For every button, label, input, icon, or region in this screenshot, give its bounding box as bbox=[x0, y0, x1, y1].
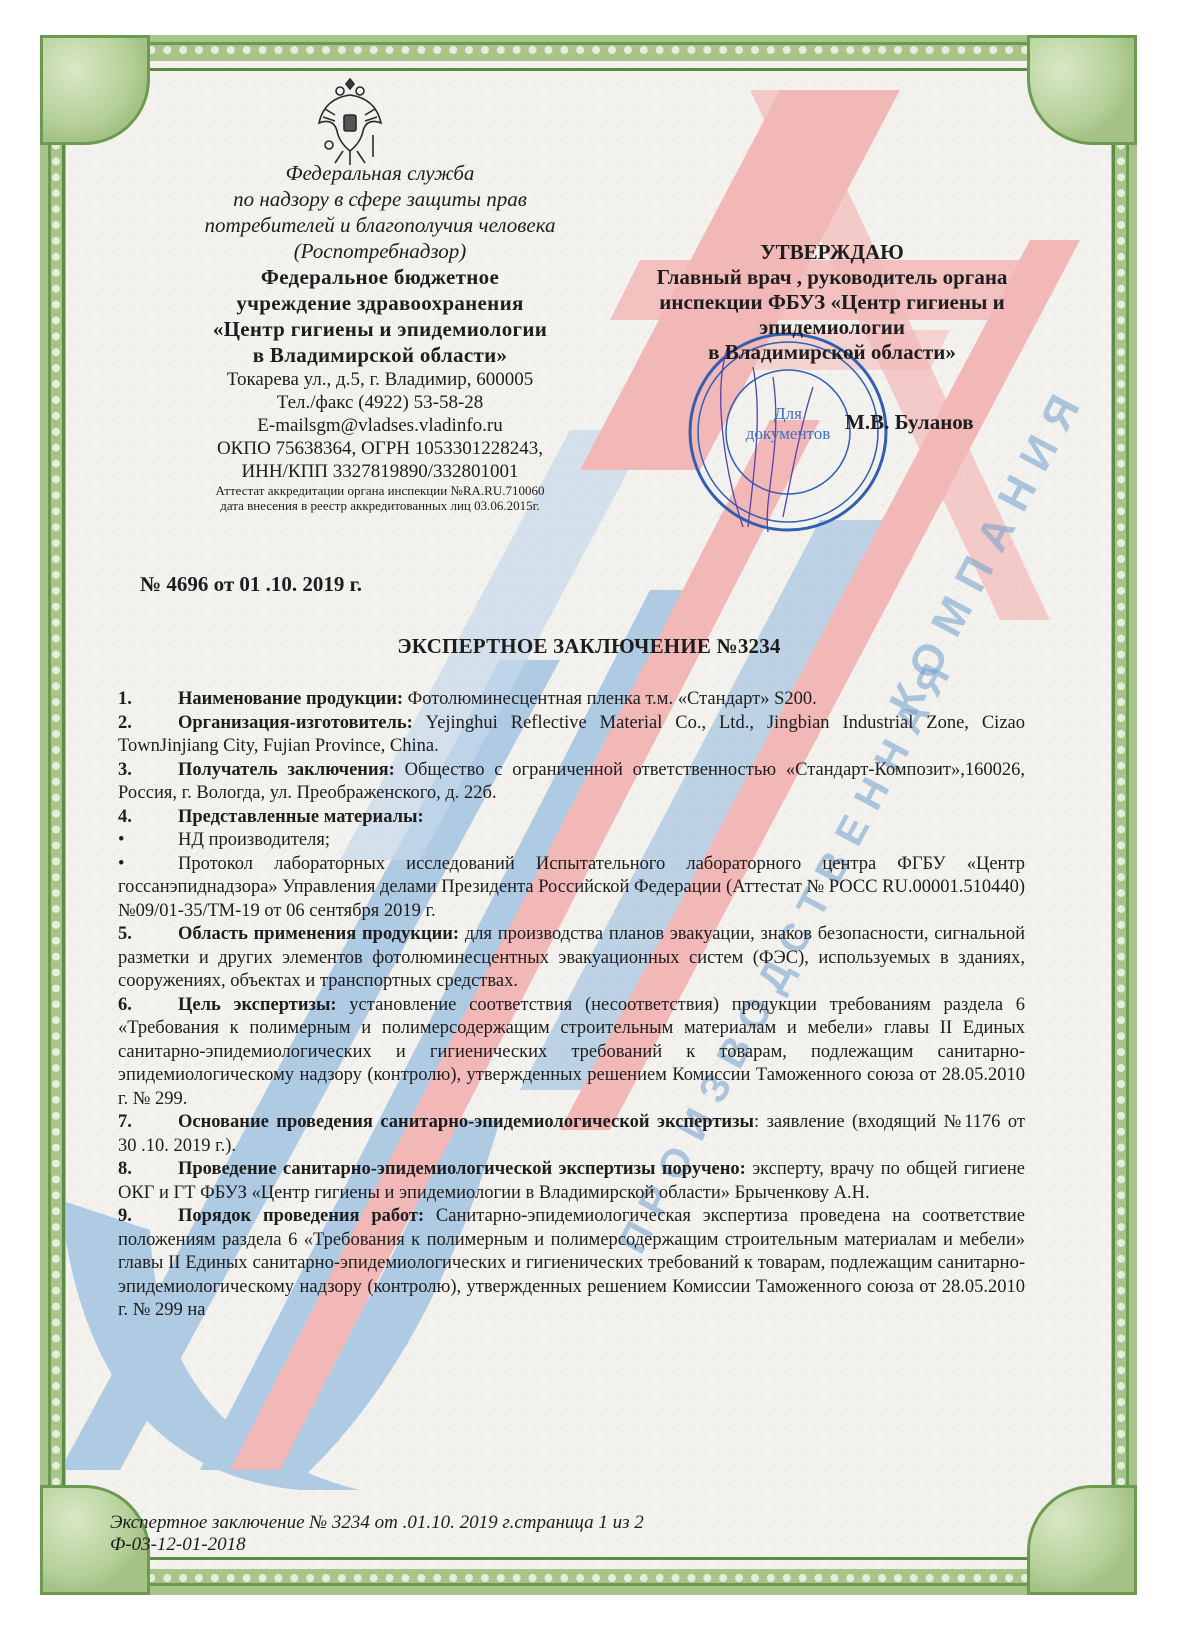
phone: Тел./факс (4922) 53-58-28 bbox=[160, 391, 600, 414]
section-item: 6.Цель экспертизы: установление соответс… bbox=[118, 994, 1025, 1112]
section-label: Основание проведения санитарно-эпидемиол… bbox=[178, 1112, 754, 1132]
section-label: Представленные материалы: bbox=[178, 807, 424, 827]
approval-heading: УТВЕРЖДАЮ bbox=[612, 240, 1052, 265]
institution-line: Федеральное бюджетное bbox=[160, 264, 600, 290]
approval-line: Главный врач , руководитель органа bbox=[612, 265, 1052, 290]
section-number: 3. bbox=[118, 759, 178, 783]
stamp-text: Для bbox=[774, 404, 802, 423]
section-label: Цель экспертизы: bbox=[178, 995, 337, 1015]
authority-line: по надзору в сфере защиты прав bbox=[160, 186, 600, 212]
email-prefix: E-mail bbox=[257, 415, 309, 436]
email-line: E-mailsgm@vladses.vladinfo.ru bbox=[160, 414, 600, 437]
section-label: Порядок проведения работ: bbox=[178, 1206, 424, 1226]
section-item: 2.Организация-изготовитель: Yejinghui Re… bbox=[118, 712, 1025, 759]
bullet-icon: • bbox=[118, 853, 178, 877]
section-number: 9. bbox=[118, 1205, 178, 1229]
page-footer: Экспертное заключение № 3234 от .01.10. … bbox=[110, 1512, 644, 1556]
section-number: 8. bbox=[118, 1158, 178, 1182]
section-text: Фотолюминесцентная пленка т.м. «Стандарт… bbox=[403, 689, 817, 709]
footer-page-info: Экспертное заключение № 3234 от .01.10. … bbox=[110, 1512, 644, 1534]
section-item: 3.Получатель заключения: Общество с огра… bbox=[118, 759, 1025, 806]
section-number: 5. bbox=[118, 923, 178, 947]
section-item: 1.Наименование продукции: Фотолюминесцен… bbox=[118, 688, 1025, 712]
signer-name: М.В. Буланов bbox=[845, 410, 974, 435]
material-text: Протокол лабораторных исследований Испыт… bbox=[118, 854, 1025, 921]
authority-line: (Роспотребнадзор) bbox=[160, 238, 600, 264]
section-number: 2. bbox=[118, 712, 178, 736]
institution-line: «Центр гигиены и эпидемиологии bbox=[160, 316, 600, 342]
authority-line: потребителей и благополучия человека bbox=[160, 212, 600, 238]
email-link[interactable]: sgm@vladses.vladinfo.ru bbox=[309, 415, 503, 436]
section-label: Проведение санитарно-эпидемиологической … bbox=[178, 1159, 746, 1179]
section-item: 8.Проведение санитарно-эпидемиологическо… bbox=[118, 1158, 1025, 1205]
bullet-icon: • bbox=[118, 829, 178, 853]
section-label: Получатель заключения: bbox=[178, 760, 395, 780]
material-list-item: •Протокол лабораторных исследований Испы… bbox=[118, 853, 1025, 924]
section-item: 7.Основание проведения санитарно-эпидеми… bbox=[118, 1111, 1025, 1158]
section-item: 5.Область применения продукции: для прои… bbox=[118, 923, 1025, 994]
stamp-text: документов bbox=[746, 424, 831, 443]
section-number: 6. bbox=[118, 994, 178, 1018]
approval-line: эпидемиологии bbox=[612, 315, 1052, 340]
institution-line: учреждение здравоохранения bbox=[160, 290, 600, 316]
section-item: 4.Представленные материалы: bbox=[118, 806, 1025, 830]
section-number: 1. bbox=[118, 688, 178, 712]
document-title: ЭКСПЕРТНОЕ ЗАКЛЮЧЕНИЕ №3234 bbox=[0, 634, 1178, 659]
section-number: 4. bbox=[118, 806, 178, 830]
authority-line: Федеральная служба bbox=[160, 160, 600, 186]
inn-kpp: ИНН/КПП 3327819890/332801001 bbox=[160, 460, 600, 483]
material-text: НД производителя; bbox=[178, 830, 330, 850]
approval-block: УТВЕРЖДАЮ Главный врач , руководитель ор… bbox=[612, 240, 1052, 365]
material-list-item: •НД производителя; bbox=[118, 829, 1025, 853]
section-label: Область применения продукции: bbox=[178, 924, 459, 944]
section-label: Организация-изготовитель: bbox=[178, 713, 413, 733]
section-label: Наименование продукции: bbox=[178, 689, 403, 709]
institution-line: в Владимирской области» bbox=[160, 342, 600, 368]
conclusion-body: 1.Наименование продукции: Фотолюминесцен… bbox=[118, 688, 1025, 1323]
section-item: 9.Порядок проведения работ: Санитарно-эп… bbox=[118, 1205, 1025, 1323]
document-number: № 4696 от 01 .10. 2019 г. bbox=[140, 572, 362, 597]
accreditation-line: Аттестат аккредитации органа инспекции №… bbox=[160, 483, 600, 498]
section-number: 7. bbox=[118, 1111, 178, 1135]
issuer-header: Федеральная служба по надзору в сфере за… bbox=[160, 160, 600, 513]
approval-line: инспекции ФБУЗ «Центр гигиены и bbox=[612, 290, 1052, 315]
document-content: Федеральная служба по надзору в сфере за… bbox=[0, 0, 1178, 1635]
footer-form-code: Ф-03-12-01-2018 bbox=[110, 1534, 644, 1556]
okpo-ogrn: ОКПО 75638364, ОГРН 1053301228243, bbox=[160, 437, 600, 460]
accreditation-line: дата внесения в реестр аккредитованных л… bbox=[160, 498, 600, 513]
approval-line: в Владимирской области» bbox=[612, 340, 1052, 365]
double-headed-eagle-icon bbox=[315, 75, 385, 167]
address: Токарева ул., д.5, г. Владимир, 600005 bbox=[160, 368, 600, 391]
